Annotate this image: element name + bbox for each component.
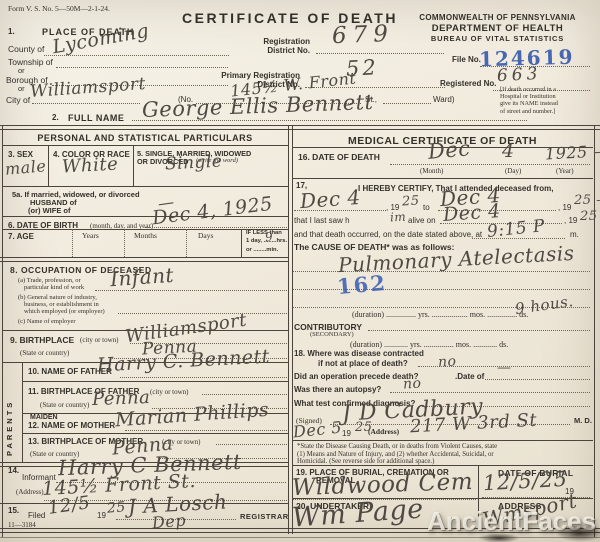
top-section-divider <box>0 125 600 130</box>
column-divider-right <box>292 125 293 534</box>
md-label: M. D. <box>574 416 592 425</box>
q18-answer-handwriting: no <box>438 355 457 370</box>
mother-name-label: 12. NAME OF MOTHER <box>28 421 115 430</box>
birthplace-note: (city or town) <box>80 336 119 344</box>
age-divider-3 <box>186 229 187 257</box>
column-divider-left <box>288 125 289 534</box>
race-cell-divider <box>133 145 134 186</box>
item14-number: 14. <box>8 466 19 475</box>
sign-date-handwriting: Dec 5 <box>292 419 342 440</box>
day-note: (Day) <box>505 167 521 175</box>
registered-no-value-handwriting: 663 <box>497 66 542 85</box>
last-saw-year-handwriting: 25 <box>580 210 598 223</box>
year-note: (Year) <box>556 167 574 175</box>
operation-mark-handwriting: — <box>497 361 512 375</box>
certificate-page: Form V. S. No. 5—50M—2-1-24. CERTIFICATE… <box>0 0 600 542</box>
township-line <box>56 67 228 68</box>
marital-value-handwriting: Single <box>165 154 223 174</box>
father-name-value-handwriting: Harry C. Bennett <box>97 347 271 375</box>
informant-address-label: (Address) <box>16 488 44 496</box>
filed-label: Filed <box>28 511 45 520</box>
secondary-note: (SECONDARY) <box>310 331 354 338</box>
scan-stain-right <box>555 524 600 542</box>
death-day-handwriting: 4 <box>502 142 515 161</box>
personal-section-title: PERSONAL AND STATISTICAL PARTICULARS <box>4 133 286 143</box>
age-divider-1 <box>72 229 73 257</box>
ward-label: Ward) <box>433 95 454 104</box>
autopsy-answer-line <box>390 392 590 393</box>
primary-registration-line <box>305 87 445 88</box>
registration-district-value-handwriting: 679 <box>332 23 395 48</box>
age-hours-value-handwriting: 9 <box>264 231 273 244</box>
occupation-a-line1: (a) Trade, profession, or <box>18 277 81 284</box>
to-year-printed: , 19 <box>558 203 571 212</box>
right-border-line <box>594 125 595 537</box>
undertaker-signature-handwriting: Wm Page <box>291 495 424 531</box>
sex-value-handwriting: male <box>4 158 47 178</box>
father-name-line <box>120 377 287 378</box>
death-occurred-label: and that death occurred, on the date sta… <box>294 230 482 239</box>
item15-number: 15. <box>8 506 19 515</box>
date-of-death-label: 16. DATE OF DEATH <box>298 152 380 162</box>
race-value-handwriting: White <box>62 156 119 177</box>
meridian-label: m. <box>570 230 579 239</box>
father-birthplace-state-note: (State or country) <box>40 401 89 409</box>
from-year-handwriting: 25 <box>402 195 420 209</box>
duration-value-handwriting: 9 hous. <box>514 294 574 317</box>
age-col-days: Days <box>198 231 213 240</box>
father-birthplace-note: (city or town) <box>150 388 189 396</box>
city-label: City of <box>6 95 30 105</box>
parents-band-label: PARENTS <box>5 372 14 456</box>
sign-address-label: (Address) <box>368 427 399 436</box>
occupation-b-line <box>118 313 287 314</box>
agency-line2: DEPARTMENT OF HEALTH <box>405 23 590 34</box>
item5a-line3: (or) WIFE of <box>28 206 71 215</box>
rule-above-burial <box>293 465 593 466</box>
scan-stain-center <box>478 533 520 542</box>
mother-name-line <box>125 430 287 431</box>
date-of-death-line <box>390 164 590 165</box>
sign-address-handwriting: 217 W 3rd St <box>410 412 538 437</box>
birthplace-label: 9. BIRTHPLACE <box>10 335 74 345</box>
operation-date-label: .Date of <box>455 372 484 381</box>
registration-district-label1: Registration <box>225 37 310 46</box>
filed-year-printed: 19 <box>97 511 106 520</box>
death-month-handwriting: Dec <box>427 138 471 163</box>
registered-no-label: Registered No. <box>440 79 496 88</box>
primary-registration-label1: Primary Registration <box>205 71 300 80</box>
age-ifless-divider <box>241 229 242 257</box>
alive-on-label: alive on <box>408 216 436 225</box>
death-year-handwriting: 1925 – <box>545 144 600 163</box>
mother-birthplace-line <box>216 444 287 445</box>
file-no-label: File No. <box>452 55 481 64</box>
last-saw-year-printed: , 19 <box>564 216 577 225</box>
to-label: to <box>423 203 430 212</box>
contributory-line <box>368 330 590 331</box>
q18-line2: if not at place of death? <box>318 359 408 368</box>
to-year-handwriting: 25 – <box>574 194 600 207</box>
sign-year-printed: 19 <box>342 429 351 438</box>
last-saw-him-handwriting: im <box>390 211 407 224</box>
or-label-1: or <box>18 66 25 75</box>
occupation-a-line2: particular kind of work <box>24 284 84 291</box>
q18-line1: 18. Where was disease contracted <box>294 349 424 358</box>
operation-label: Did an operation precede death? <box>294 372 418 381</box>
duration-line: (duration) ............... yrs. ........… <box>352 310 528 319</box>
autopsy-answer-handwriting: no <box>403 377 422 392</box>
rule-under-age <box>0 257 289 262</box>
item1-number: 1. <box>8 27 15 36</box>
full-name-value-handwriting: George Ellis Bennett <box>142 92 374 121</box>
item2-number: 2. <box>52 113 59 122</box>
occupation-value-handwriting: Infant <box>109 265 174 289</box>
deputy-handwriting: Dep <box>151 513 186 532</box>
city-line <box>32 103 140 104</box>
rule-under-father <box>22 381 288 382</box>
agency-line1: COMMONWEALTH OF PENNSYLVANIA <box>405 13 590 22</box>
plate-number: 11—3184 <box>8 521 36 529</box>
contributory-duration-line: (duration) ............ yrs. ...........… <box>350 340 508 349</box>
autopsy-label: Was there an autopsy? <box>294 385 381 394</box>
age-label: 7. AGE <box>8 232 34 241</box>
filed-year-handwriting: 25 <box>106 500 126 516</box>
hospital-note: [If death occurred in a Hospital or Inst… <box>500 86 592 115</box>
or-label-2: or <box>18 84 25 93</box>
full-name-label: FULL NAME <box>68 113 124 123</box>
registration-district-label2: District No. <box>225 46 310 55</box>
birthplace-state-note: (State or country) <box>20 349 69 357</box>
registrar-label: REGISTRAR <box>240 512 289 521</box>
personal-header-rule <box>2 145 288 146</box>
last-saw-label: that I last saw h <box>294 216 350 225</box>
footnote: *State the Disease Causing Death, or in … <box>297 443 589 466</box>
occupation-b-line3: which employed (or employer) <box>24 308 105 315</box>
maiden-label: MAIDEN <box>30 414 58 421</box>
father-birthplace-value-handwriting: Penna <box>92 389 151 409</box>
burial-date-handwriting: 12/5/25 <box>483 469 568 494</box>
attended-from-handwriting: Dec 4 <box>299 187 361 211</box>
occupation-c-line: (c) Name of employer <box>18 318 76 325</box>
age-small-line3: or ........min. <box>246 247 278 253</box>
primary-registration-value-handwriting: 52 <box>345 57 379 80</box>
age-col-years: Years <box>82 231 99 240</box>
township-label: Township of <box>8 57 53 67</box>
month-note: (Month) <box>420 167 443 175</box>
county-label: County of <box>8 44 44 54</box>
rule-above-footnote <box>293 440 593 441</box>
occupation-b-line1: (b) General nature of industry, <box>18 294 97 301</box>
operation-date-line <box>485 379 590 380</box>
form-number: Form V. S. No. 5—50M—2-1-24. <box>8 4 110 13</box>
father-birthplace-line <box>202 394 287 395</box>
agency-line3: BUREAU OF VITAL STATISTICS <box>405 34 590 43</box>
ward-line <box>383 103 431 104</box>
age-col-months: Months <box>134 231 157 240</box>
occupation-b-line2: business, or establishment in <box>24 301 99 308</box>
rule-under-sex-row <box>2 186 288 187</box>
rule-under-dod <box>293 178 593 179</box>
registration-district-line <box>316 53 444 54</box>
primary-registration-label2: District No. <box>205 80 300 89</box>
cause-code-stamp: 162 <box>336 272 387 297</box>
age-divider-2 <box>124 229 125 257</box>
sex-cell-divider <box>48 145 49 186</box>
filed-date-handwriting: 12/5 <box>47 494 92 518</box>
